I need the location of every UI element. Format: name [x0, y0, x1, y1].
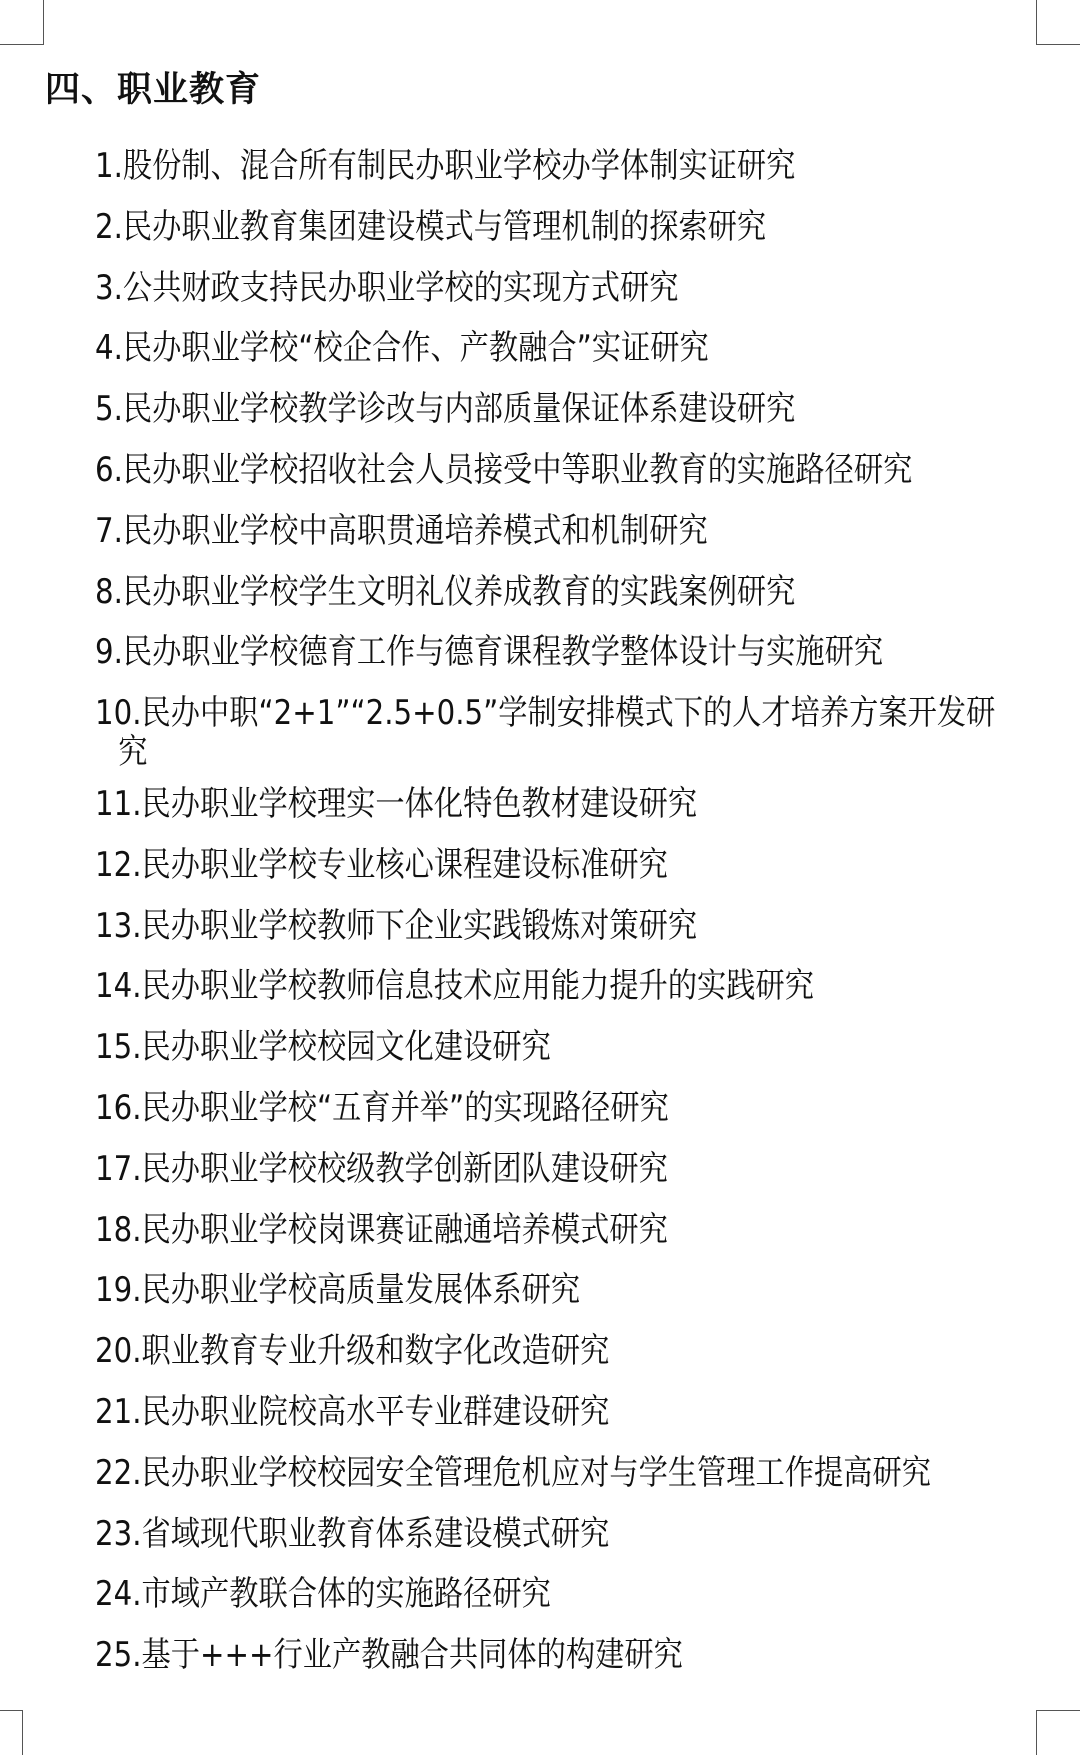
list-item: 23.省域现代职业教育体系建设模式研究 — [95, 1504, 1080, 1565]
section-heading: 四、职业教育 — [45, 62, 261, 112]
list-item: 20.职业教育专业升级和数字化改造研究 — [95, 1321, 1080, 1382]
list-item: 24.市域产教联合体的实施路径研究 — [95, 1564, 1080, 1625]
list-item: 14.民办职业学校教师信息技术应用能力提升的实践研究 — [95, 956, 1080, 1017]
list-item: 1.股份制、混合所有制民办职业学校办学体制实证研究 — [95, 136, 1080, 197]
list-item: 6.民办职业学校招收社会人员接受中等职业教育的实施路径研究 — [95, 440, 1080, 501]
list-item: 9.民办职业学校德育工作与德育课程教学整体设计与实施研究 — [95, 622, 1080, 683]
topic-list: 1.股份制、混合所有制民办职业学校办学体制实证研究 2.民办职业教育集团建设模式… — [95, 136, 1080, 1686]
crop-mark-top-right — [1036, 0, 1080, 45]
list-item: 13.民办职业学校教师下企业实践锻炼对策研究 — [95, 896, 1080, 957]
list-item: 5.民办职业学校教学诊改与内部质量保证体系建设研究 — [95, 379, 1080, 440]
list-item: 8.民办职业学校学生文明礼仪养成教育的实践案例研究 — [95, 562, 1080, 623]
list-item-wrapped: 10.民办中职“2+1”“2.5+0.5”学制安排模式下的人才培养方案开发研 究 — [95, 683, 1080, 774]
list-item-continuation: 究 — [95, 730, 1080, 774]
crop-mark-top-left — [0, 0, 44, 45]
list-item: 18.民办职业学校岗课赛证融通培养模式研究 — [95, 1200, 1080, 1261]
crop-mark-bottom-left — [0, 1710, 23, 1755]
list-item: 22.民办职业学校校园安全管理危机应对与学生管理工作提高研究 — [95, 1443, 1080, 1504]
crop-mark-bottom-right — [1036, 1710, 1080, 1755]
list-item-text: 10.民办中职“2+1”“2.5+0.5”学制安排模式下的人才培养方案开发研 — [95, 693, 995, 733]
list-item: 11.民办职业学校理实一体化特色教材建设研究 — [95, 774, 1080, 835]
list-item: 17.民办职业学校校级教学创新团队建设研究 — [95, 1139, 1080, 1200]
list-item: 7.民办职业学校中高职贯通培养模式和机制研究 — [95, 501, 1080, 562]
list-item: 19.民办职业学校高质量发展体系研究 — [95, 1260, 1080, 1321]
list-item: 3.公共财政支持民办职业学校的实现方式研究 — [95, 258, 1080, 319]
list-item: 4.民办职业学校“校企合作、产教融合”实证研究 — [95, 318, 1080, 379]
list-item: 16.民办职业学校“五育并举”的实现路径研究 — [95, 1078, 1080, 1139]
list-item: 15.民办职业学校校园文化建设研究 — [95, 1017, 1080, 1078]
list-item: 2.民办职业教育集团建设模式与管理机制的探索研究 — [95, 197, 1080, 258]
list-item: 25.基于+++行业产教融合共同体的构建研究 — [95, 1625, 1080, 1686]
list-item: 21.民办职业院校高水平专业群建设研究 — [95, 1382, 1080, 1443]
list-item: 12.民办职业学校专业核心课程建设标准研究 — [95, 835, 1080, 896]
